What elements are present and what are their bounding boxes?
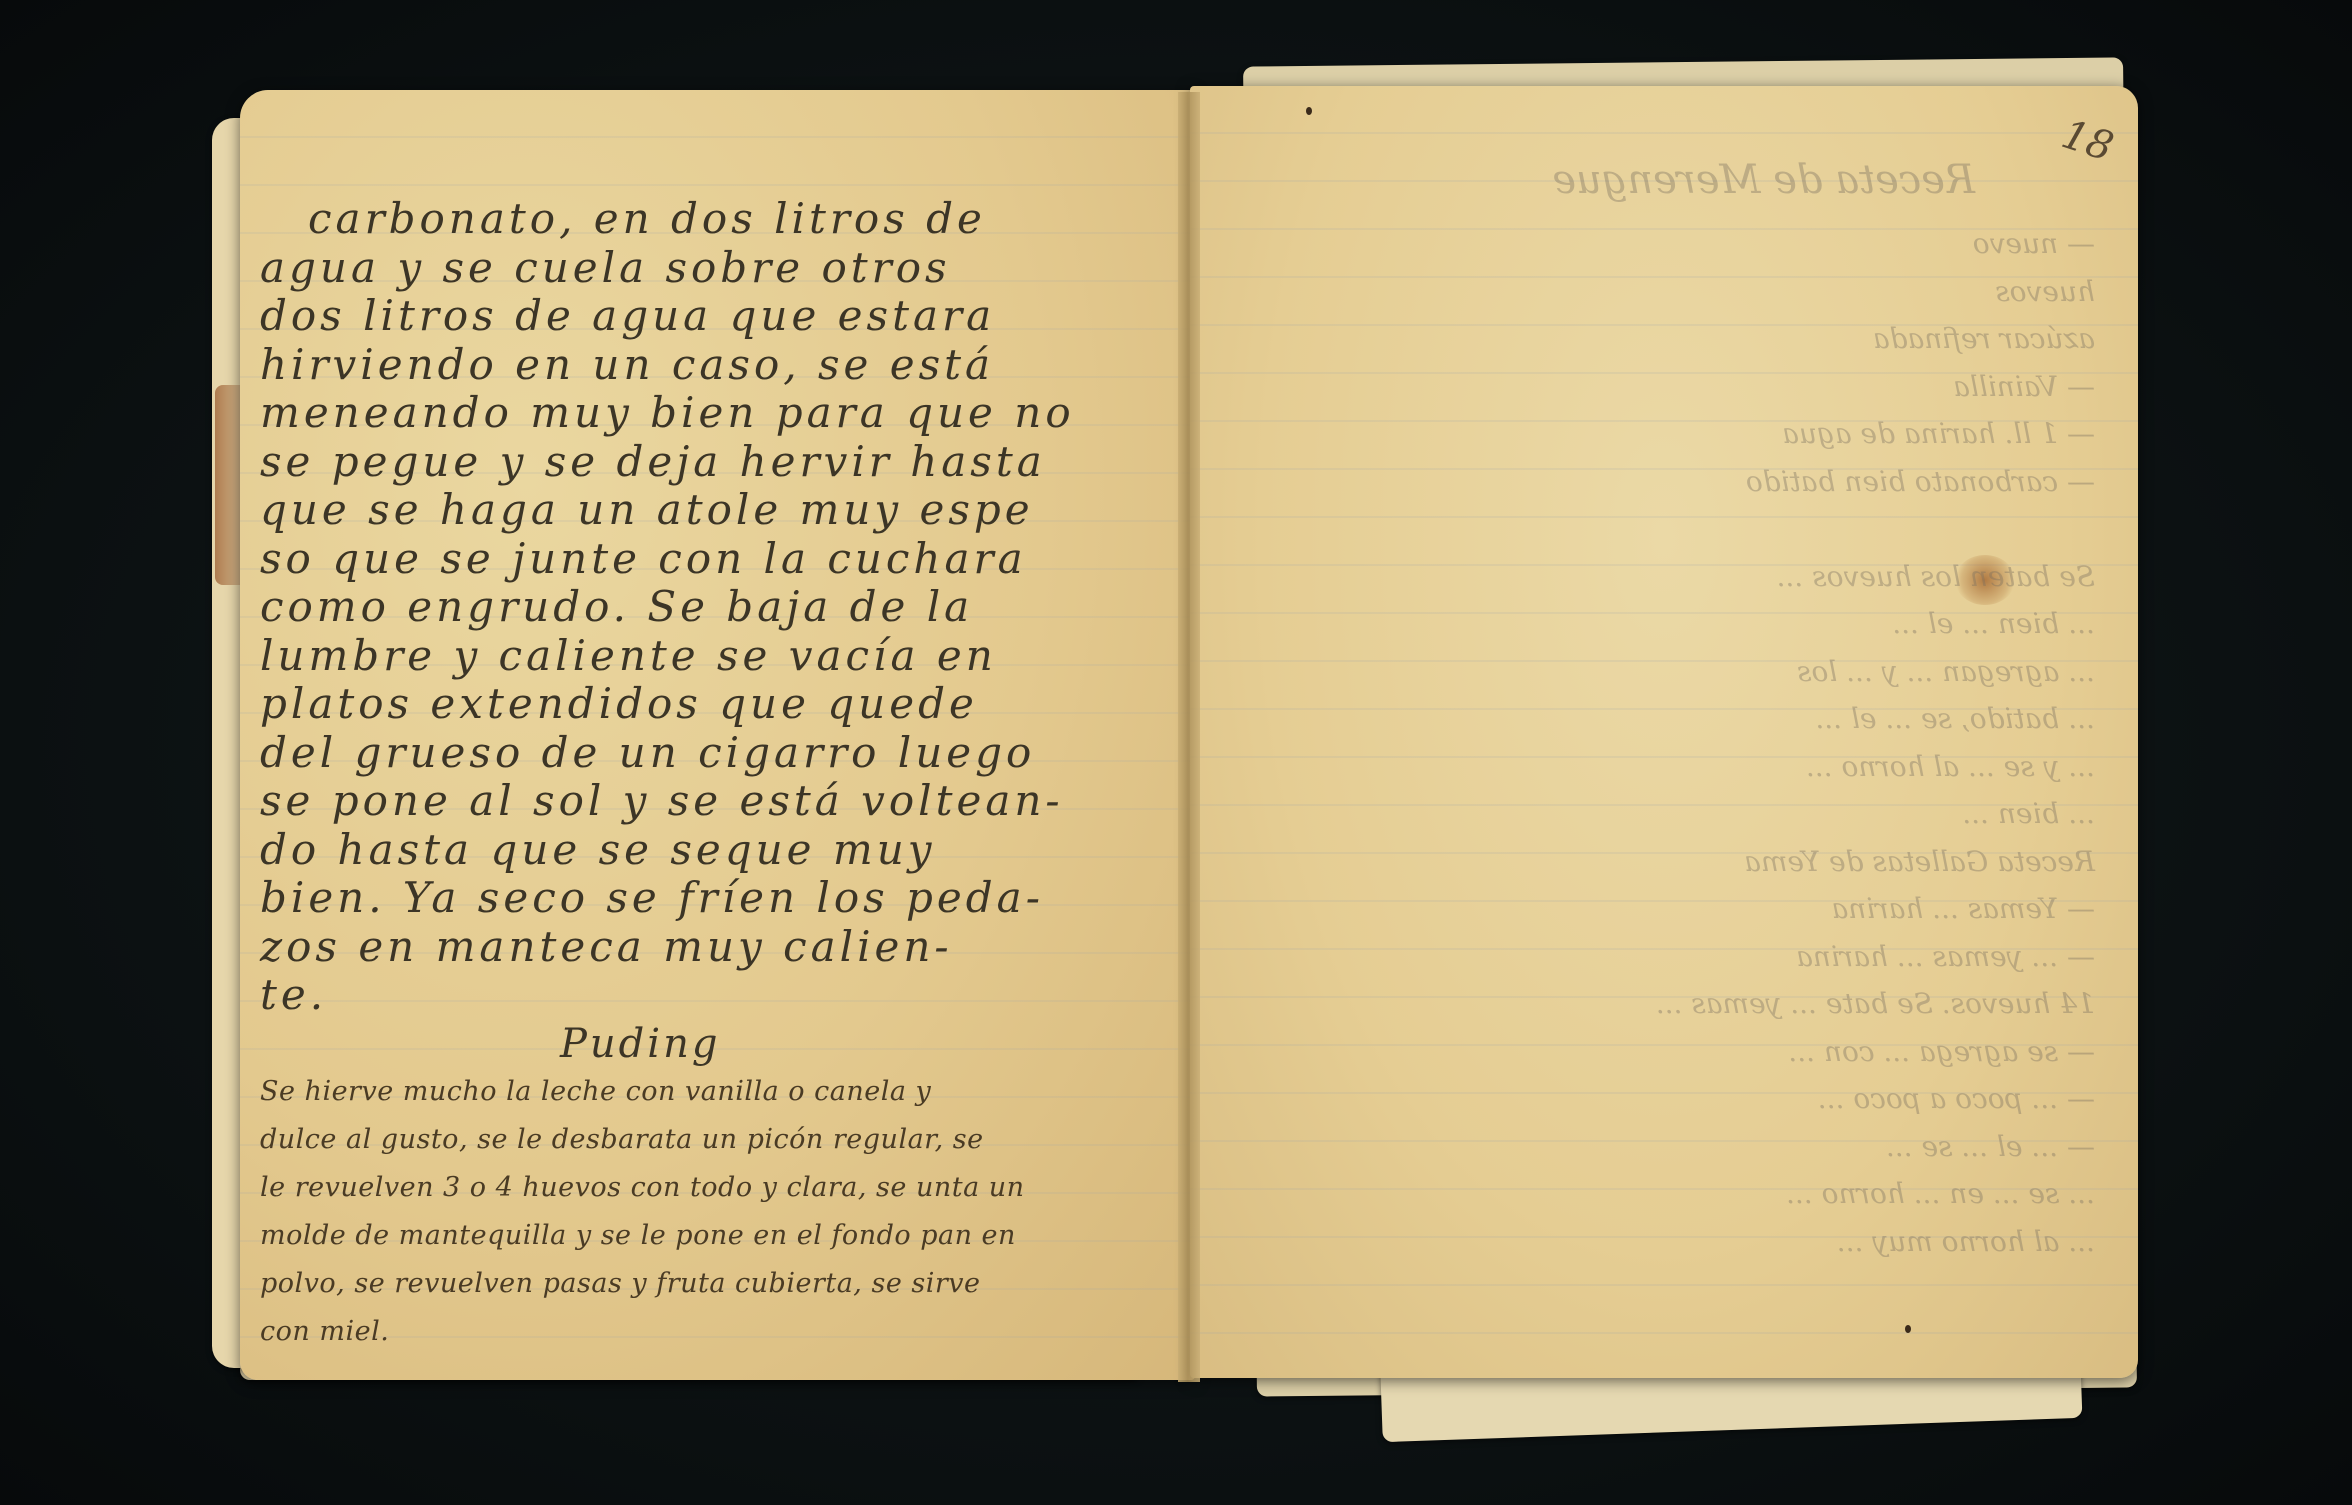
recipe-line: dulce al gusto, se le desbarata un picón… [260, 1116, 1180, 1164]
text-line: como engrudo. Se baja de la [260, 583, 1180, 632]
text-line: agua y se cuela sobre otros [260, 244, 1180, 293]
text-line: lumbre y caliente se vacía en [260, 632, 1180, 681]
text-line: se pone al sol y se está voltean- [260, 777, 1180, 826]
bleed-line: — ... el ... se ... [1215, 1123, 2095, 1171]
bleed-line: — Yemas ... harina [1215, 885, 2095, 933]
bleed-line: ... batido, se ... el ... [1215, 695, 2095, 743]
bleed-line: Receta Galletas de Yema [1215, 838, 2095, 886]
text-line: meneando muy bien para que no [260, 389, 1180, 438]
bleed-line: azúcar refinada [1215, 315, 2095, 363]
bleed-line: — se agrega ... con ... [1215, 1028, 2095, 1076]
bleed-line: — 1 ll. harina de agua [1215, 410, 2095, 458]
recipe-line: con miel. [260, 1308, 1180, 1356]
bleed-line: ... bien ... [1215, 790, 2095, 838]
bleed-line: — nuevo [1215, 220, 2095, 268]
bleed-line: huevos [1215, 268, 2095, 316]
book-gutter [1178, 92, 1200, 1382]
text-line: hirviendo en un caso, se está [260, 341, 1180, 390]
paper-speck [1905, 1325, 1911, 1333]
text-line: se pegue y se deja hervir hasta [260, 438, 1180, 487]
paper-speck [1306, 107, 1312, 115]
text-line: dos litros de agua que estara [260, 292, 1180, 341]
bleed-line [1215, 505, 2095, 553]
bleed-line: ... al horno muy ... [1215, 1218, 2095, 1266]
text-line: platos extendidos que quede [260, 680, 1180, 729]
bleed-line: Se baten los huevos ... [1215, 553, 2095, 601]
text-line: so que se junte con la cuchara [260, 535, 1180, 584]
text-line: zos en manteca muy calien- [260, 923, 1180, 972]
bleed-line: ... y se ... al horno ... [1215, 743, 2095, 791]
bleed-title: Receta de Merengue [1215, 150, 2095, 220]
recipe-line: le revuelven 3 o 4 huevos con todo y cla… [260, 1164, 1180, 1212]
bleed-line: — Vainilla [1215, 363, 2095, 411]
right-page-bleed-through: Receta de Merengue — nuevo huevos azúcar… [1215, 150, 2095, 1265]
text-line: del grueso de un cigarro luego [260, 729, 1180, 778]
bleed-line: — ... poco a poco ... [1215, 1075, 2095, 1123]
text-line: carbonato, en dos litros de [260, 195, 1180, 244]
text-line: que se haga un atole muy espe [260, 486, 1180, 535]
text-line: do hasta que se seque muy [260, 826, 1180, 875]
bleed-line: 14 huevos. Se bate ... yemas ... [1215, 980, 2095, 1028]
left-page-text: carbonato, en dos litros de agua y se cu… [260, 195, 1180, 1356]
recipe-title: Puding [260, 1020, 1180, 1068]
text-line: bien. Ya seco se fríen los peda- [260, 874, 1180, 923]
recipe-line: polvo, se revuelven pasas y fruta cubier… [260, 1260, 1180, 1308]
recipe-line: molde de mantequilla y se le pone en el … [260, 1212, 1180, 1260]
bleed-line: ... bien ... el ... [1215, 600, 2095, 648]
bleed-line: ... agregan ... y ... los [1215, 648, 2095, 696]
bleed-line: — carbonato bien batido [1215, 458, 2095, 506]
bleed-line: — ... yemas ... harina [1215, 933, 2095, 981]
text-line: te. [260, 971, 1180, 1020]
recipe-line: Se hierve mucho la leche con vanilla o c… [260, 1068, 1180, 1116]
bleed-line: ... se ... en ... horno ... [1215, 1170, 2095, 1218]
